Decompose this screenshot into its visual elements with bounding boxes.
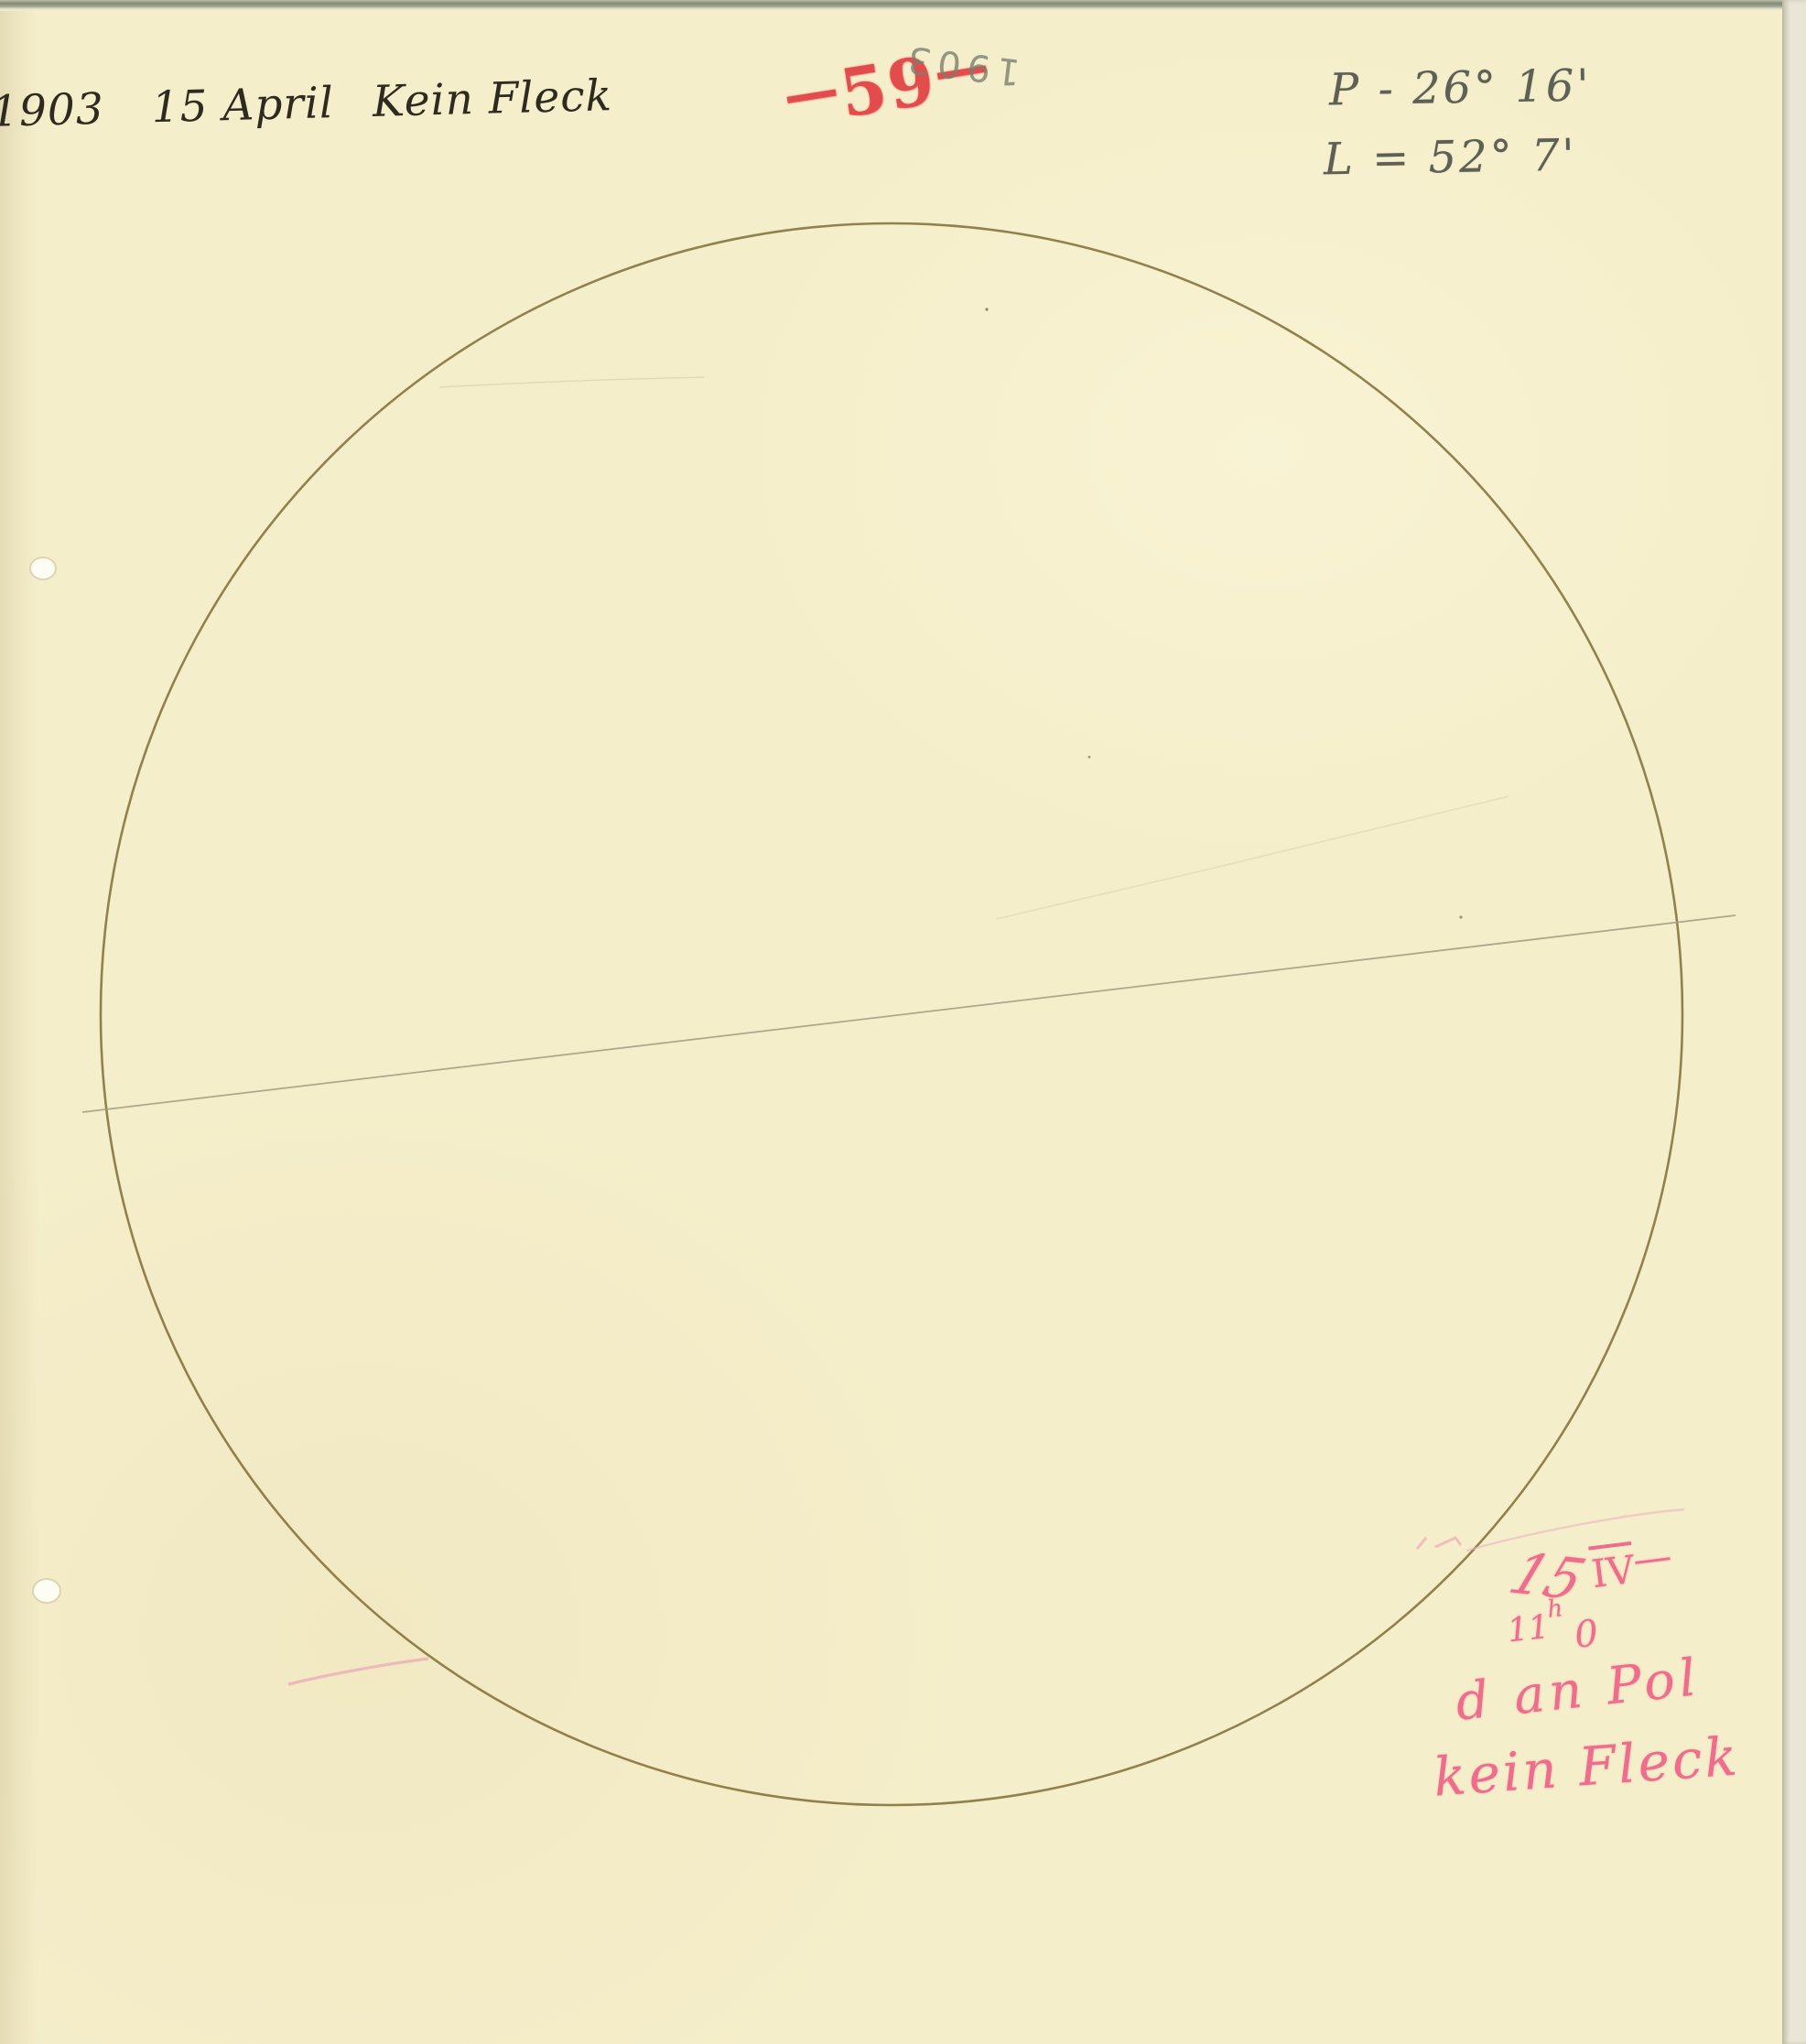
observation-remark: Kein Fleck [372,70,613,127]
position-angle-note: P - 26° 16' [1329,60,1593,116]
note-month-dash: — [1630,1533,1674,1583]
latitude-note: L = 52° 7' [1324,130,1578,186]
observation-year: 1903 [0,84,104,137]
sheet-number-left-dash: — [779,57,845,129]
equator-pencil-line [82,915,1736,1112]
note-time-minutes: 0 [1573,1612,1600,1656]
note-month-roman: IV [1588,1541,1637,1596]
paper-speck [985,308,988,310]
note-date-month: IV— [1588,1533,1675,1596]
note-time-unit: h [1546,1595,1564,1624]
paper-speck [1088,756,1091,759]
observation-date: 15 April [151,78,335,133]
pink-stroke-lower-left [288,1659,428,1684]
scanned-observation-sheet: 190315 AprilKein Fleck —59— 1903 P - 26°… [0,0,1806,2044]
punch-hole-lower [33,1579,60,1603]
paper-speck [1459,915,1462,918]
note-time-hours: 11 [1506,1608,1552,1650]
paper-crease-right [996,796,1509,919]
punch-hole-upper [30,557,56,579]
sun-disk-circle [101,223,1682,1805]
pink-scribble-marks [1417,1538,1461,1549]
note-time: 11h0 [1504,1593,1589,1651]
drawing-layer [0,0,1806,2044]
paper-crease-upper [439,377,705,387]
